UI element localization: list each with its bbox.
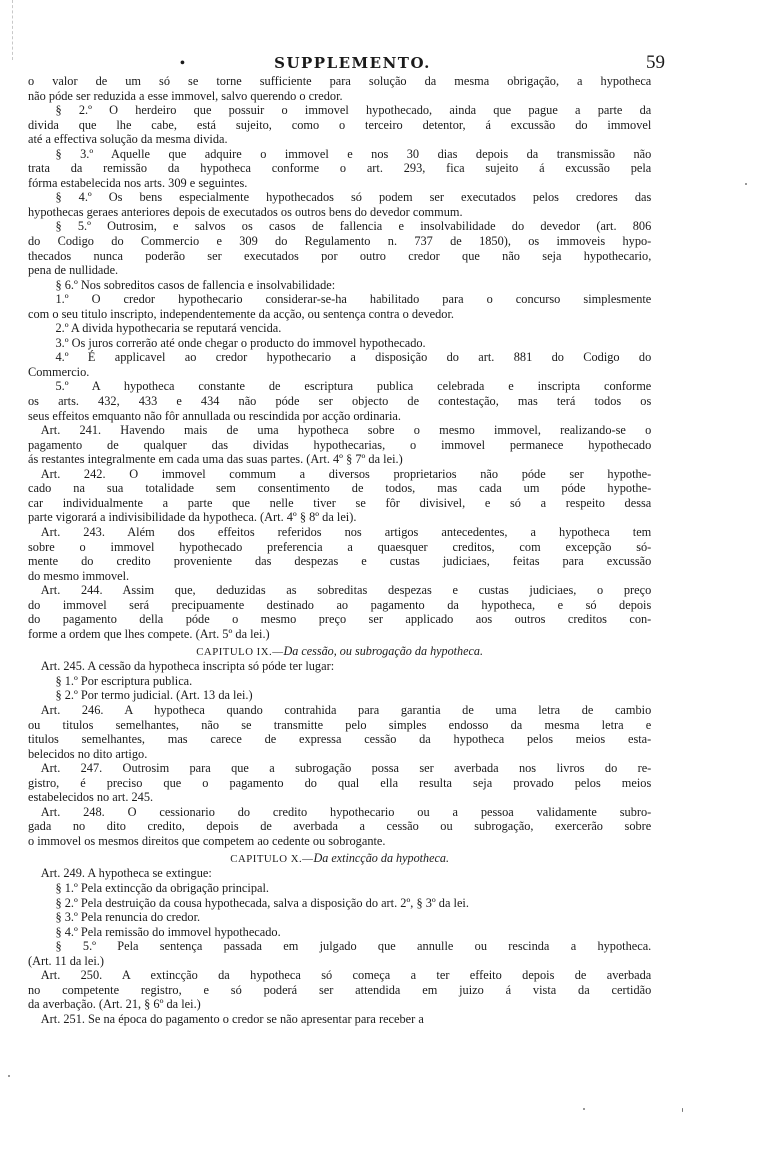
paragraph: Art. 247. Outrosim para que a subrogação… <box>28 761 651 805</box>
paragraph: § 2.º Por termo judicial. (Art. 13 da le… <box>28 688 651 703</box>
text-line: do mesmo immovel. <box>28 569 651 584</box>
text-line: § 2.º Pela destruição da cousa hypotheca… <box>28 896 651 911</box>
text-line: ou titulos semelhantes, não se transmitt… <box>28 718 651 733</box>
text-line: Art. 248. O cessionario do credito hypot… <box>28 805 651 820</box>
scan-speck <box>583 1108 585 1110</box>
chapter-title: Da extincção da hypotheca. <box>313 851 449 865</box>
text-line: hypothecas geraes anteriores depois de e… <box>28 205 651 220</box>
paragraph: Art. 243. Além dos effeitos referidos no… <box>28 525 651 583</box>
scan-speck <box>745 183 747 185</box>
text-line: titulos semelhantes, mas carece de expre… <box>28 732 651 747</box>
text-line: trata da remissão da hypotheca conforme … <box>28 161 651 176</box>
text-line: o valor de um só se torne sufficiente pa… <box>28 74 651 89</box>
text-line: 4.º É applicavel ao credor hypothecario … <box>28 350 651 365</box>
paragraph: § 6.º Nos sobreditos casos de fallencia … <box>28 278 651 293</box>
text-line: Art. 250. A extincção da hypotheca só co… <box>28 968 651 983</box>
text-line: com o seu titulo inscripto, independente… <box>28 307 651 322</box>
paragraph: 2.º A divida hypothecaria se reputará ve… <box>28 321 651 336</box>
text-line: o immovel os mesmos direitos que compete… <box>28 834 651 849</box>
paragraph: § 4.º Os bens especialmente hypothecados… <box>28 190 651 219</box>
page-header: • SUPPLEMENTO. 59 <box>40 54 665 76</box>
chapter-heading: CAPITULO IX.—Da cessão, ou subrogação da… <box>28 641 651 659</box>
text-line: Art. 246. A hypotheca quando contrahida … <box>28 703 651 718</box>
paragraph: § 3.º Aquelle que adquire o immovel e no… <box>28 147 651 191</box>
text-line: belecidos no dito artigo. <box>28 747 651 762</box>
text-line: § 3.º Aquelle que adquire o immovel e no… <box>28 147 651 162</box>
text-line: gistro, é preciso que o pagamento do qua… <box>28 776 651 791</box>
paragraph: Art. 249. A hypotheca se extingue: <box>28 866 651 881</box>
paragraph: 1.º O credor hypothecario considerar-se-… <box>28 292 651 321</box>
text-line: § 1.º Pela extincção da obrigação princi… <box>28 881 651 896</box>
text-line: 1.º O credor hypothecario considerar-se-… <box>28 292 651 307</box>
text-line: gada no dito credito, depois de averbada… <box>28 819 651 834</box>
paragraph: Art. 241. Havendo mais de uma hypotheca … <box>28 423 651 467</box>
paragraph: Art. 251. Se na época do pagamento o cre… <box>28 1012 651 1027</box>
paragraph: 4.º É applicavel ao credor hypothecario … <box>28 350 651 379</box>
text-line: 2.º A divida hypothecaria se reputará ve… <box>28 321 651 336</box>
text-line: § 5.º Outrosim, e salvos os casos de fal… <box>28 219 651 234</box>
text-line: Art. 247. Outrosim para que a subrogação… <box>28 761 651 776</box>
text-line: até a effectiva solução da mesma divida. <box>28 132 651 147</box>
scan-speck <box>682 1108 683 1112</box>
text-line: da averbação. (Art. 21, § 6º da lei.) <box>28 997 651 1012</box>
paragraph: § 1.º Pela extincção da obrigação princi… <box>28 881 651 896</box>
text-line: pena de nullidade. <box>28 263 651 278</box>
scan-edge-mark <box>12 0 14 60</box>
paragraph: Art. 244. Assim que, deduzidas as sobred… <box>28 583 651 641</box>
text-line: forme a ordem que lhes compete. (Art. 5º… <box>28 627 651 642</box>
text-line: Art. 242. O immovel commum a diversos pr… <box>28 467 651 482</box>
text-line: parte vigorará a indivisibilidade da hyp… <box>28 510 651 525</box>
text-line: § 2.º O herdeiro que possuir o immovel h… <box>28 103 651 118</box>
continued-paragraph: o valor de um só se torne sufficiente pa… <box>28 74 651 103</box>
text-line: (Art. 11 da lei.) <box>28 954 651 969</box>
text-line: § 5.º Pela sentença passada em julgado q… <box>28 939 651 954</box>
text-line: ás restantes integralmente em cada uma d… <box>28 452 651 467</box>
paragraph: Art. 248. O cessionario do credito hypot… <box>28 805 651 849</box>
text-line: 3.º Os juros correrão até onde chegar o … <box>28 336 651 351</box>
paragraph: Art. 250. A extincção da hypotheca só co… <box>28 968 651 1012</box>
text-line: car individualmente a parte que nelle ti… <box>28 496 651 511</box>
paragraph: Art. 246. A hypotheca quando contrahida … <box>28 703 651 761</box>
text-line: mente do credito proveniente das despeza… <box>28 554 651 569</box>
text-line: pagamento de qualquer das dividas hypoth… <box>28 438 651 453</box>
text-line: do Codigo do Commercio e 309 do Regulame… <box>28 234 651 249</box>
running-head: SUPPLEMENTO. <box>40 54 665 72</box>
text-line: sobre o immovel hypothecado preferencia … <box>28 540 651 555</box>
text-line: os arts. 432, 433 e 434 não póde ser obj… <box>28 394 651 409</box>
text-line: Art. 244. Assim que, deduzidas as sobred… <box>28 583 651 598</box>
text-line: § 3.º Pela renuncia do credor. <box>28 910 651 925</box>
chapter-heading: CAPITULO X.—Da extincção da hypotheca. <box>28 848 651 866</box>
text-line: cado na sua totalidade sem consentimento… <box>28 481 651 496</box>
paragraph: § 4.º Pela remissão do immovel hypotheca… <box>28 925 651 940</box>
text-line: § 2.º Por termo judicial. (Art. 13 da le… <box>28 688 651 703</box>
text-line: seus effeitos emquanto não fôr annullada… <box>28 409 651 424</box>
text-line: Art. 243. Além dos effeitos referidos no… <box>28 525 651 540</box>
text-line: estabelecidos no art. 245. <box>28 790 651 805</box>
text-line: § 6.º Nos sobreditos casos de fallencia … <box>28 278 651 293</box>
text-line: divida que lhe cabe, está sujeito, como … <box>28 118 651 133</box>
paragraph: § 1.º Por escriptura publica. <box>28 674 651 689</box>
scan-speck <box>8 1075 10 1077</box>
chapter-label: CAPITULO IX.— <box>196 646 283 658</box>
text-line: Art. 245. A cessão da hypotheca inscript… <box>28 659 651 674</box>
paragraph: § 2.º O herdeiro que possuir o immovel h… <box>28 103 651 147</box>
chapter-label: CAPITULO X.— <box>230 853 313 865</box>
text-line: no competente registro, e só poderá ser … <box>28 983 651 998</box>
paragraph: Art. 245. A cessão da hypotheca inscript… <box>28 659 651 674</box>
page-number: 59 <box>646 52 665 74</box>
paragraph: § 5.º Pela sentença passada em julgado q… <box>28 939 651 968</box>
paragraph: 5.º A hypotheca constante de escriptura … <box>28 379 651 423</box>
paragraph: § 3.º Pela renuncia do credor. <box>28 910 651 925</box>
text-line: § 4.º Os bens especialmente hypothecados… <box>28 190 651 205</box>
text-line: não póde ser reduzida a esse immovel, sa… <box>28 89 651 104</box>
text-line: Commercio. <box>28 365 651 380</box>
text-line: fórma estabelecida nos arts. 309 e segui… <box>28 176 651 191</box>
paragraph: 3.º Os juros correrão até onde chegar o … <box>28 336 651 351</box>
text-line: § 4.º Pela remissão do immovel hypotheca… <box>28 925 651 940</box>
text-line: thecados nunca poderão ser executados po… <box>28 249 651 264</box>
chapter-title: Da cessão, ou subrogação da hypotheca. <box>283 644 483 658</box>
text-line: Art. 251. Se na época do pagamento o cre… <box>28 1012 651 1027</box>
page-body: o valor de um só se torne sufficiente pa… <box>28 74 651 1026</box>
paragraph: § 5.º Outrosim, e salvos os casos de fal… <box>28 219 651 277</box>
text-line: 5.º A hypotheca constante de escriptura … <box>28 379 651 394</box>
paragraph: Art. 242. O immovel commum a diversos pr… <box>28 467 651 525</box>
text-line: Art. 249. A hypotheca se extingue: <box>28 866 651 881</box>
paragraph: § 2.º Pela destruição da cousa hypotheca… <box>28 896 651 911</box>
text-line: Art. 241. Havendo mais de uma hypotheca … <box>28 423 651 438</box>
text-line: do immovel será precipuamente destinado … <box>28 598 651 613</box>
text-line: § 1.º Por escriptura publica. <box>28 674 651 689</box>
text-line: do pagamento della póde o mesmo preço se… <box>28 612 651 627</box>
